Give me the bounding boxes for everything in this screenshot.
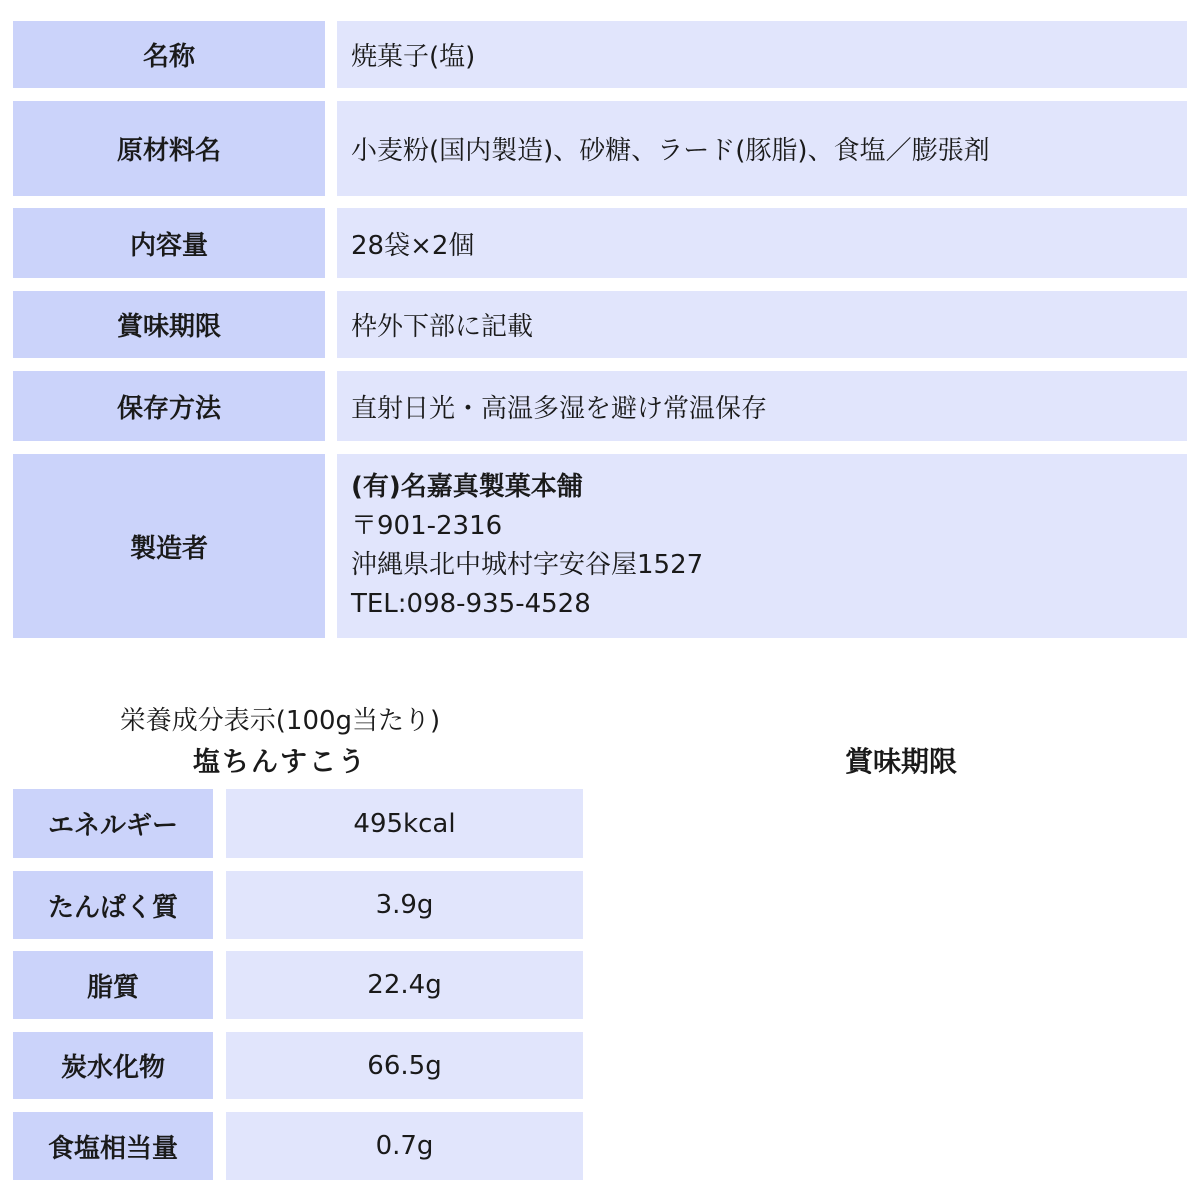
manufacturer-company: (有)名嘉真製菓本舗	[351, 468, 583, 507]
value-salt: 0.7g	[226, 1112, 583, 1180]
value-manufacturer: (有)名嘉真製菓本舗 〒901-2316 沖縄県北中城村字安谷屋1527 TEL…	[337, 454, 1187, 638]
value-protein: 3.9g	[226, 871, 583, 939]
label-protein: たんぱく質	[13, 871, 213, 939]
expiry-label: 賞味期限	[845, 740, 957, 780]
label-carbohydrate: 炭水化物	[13, 1032, 213, 1099]
nutrition-heading: 栄養成分表示(100g当たり)	[0, 700, 560, 737]
manufacturer-phone: TEL:098-935-4528	[351, 585, 591, 624]
value-storage: 直射日光・高温多湿を避け常温保存	[337, 371, 1187, 441]
label-manufacturer: 製造者	[13, 454, 325, 638]
label-storage: 保存方法	[13, 371, 325, 441]
manufacturer-postal: 〒901-2316	[351, 507, 502, 546]
value-name: 焼菓子(塩)	[337, 21, 1187, 88]
value-carbohydrate: 66.5g	[226, 1032, 583, 1099]
value-ingredients: 小麦粉(国内製造)、砂糖、ラード(豚脂)、食塩／膨張剤	[337, 101, 1187, 196]
label-salt: 食塩相当量	[13, 1112, 213, 1180]
nutrition-product-name: 塩ちんすこう	[0, 740, 560, 779]
label-fat: 脂質	[13, 951, 213, 1019]
value-energy: 495kcal	[226, 789, 583, 858]
label-contents: 内容量	[13, 208, 325, 278]
label-name: 名称	[13, 21, 325, 88]
manufacturer-address: 沖縄県北中城村字安谷屋1527	[351, 546, 703, 585]
value-best-before: 枠外下部に記載	[337, 291, 1187, 358]
label-energy: エネルギー	[13, 789, 213, 858]
label-best-before: 賞味期限	[13, 291, 325, 358]
value-contents: 28袋×2個	[337, 208, 1187, 278]
label-ingredients: 原材料名	[13, 101, 325, 196]
value-fat: 22.4g	[226, 951, 583, 1019]
